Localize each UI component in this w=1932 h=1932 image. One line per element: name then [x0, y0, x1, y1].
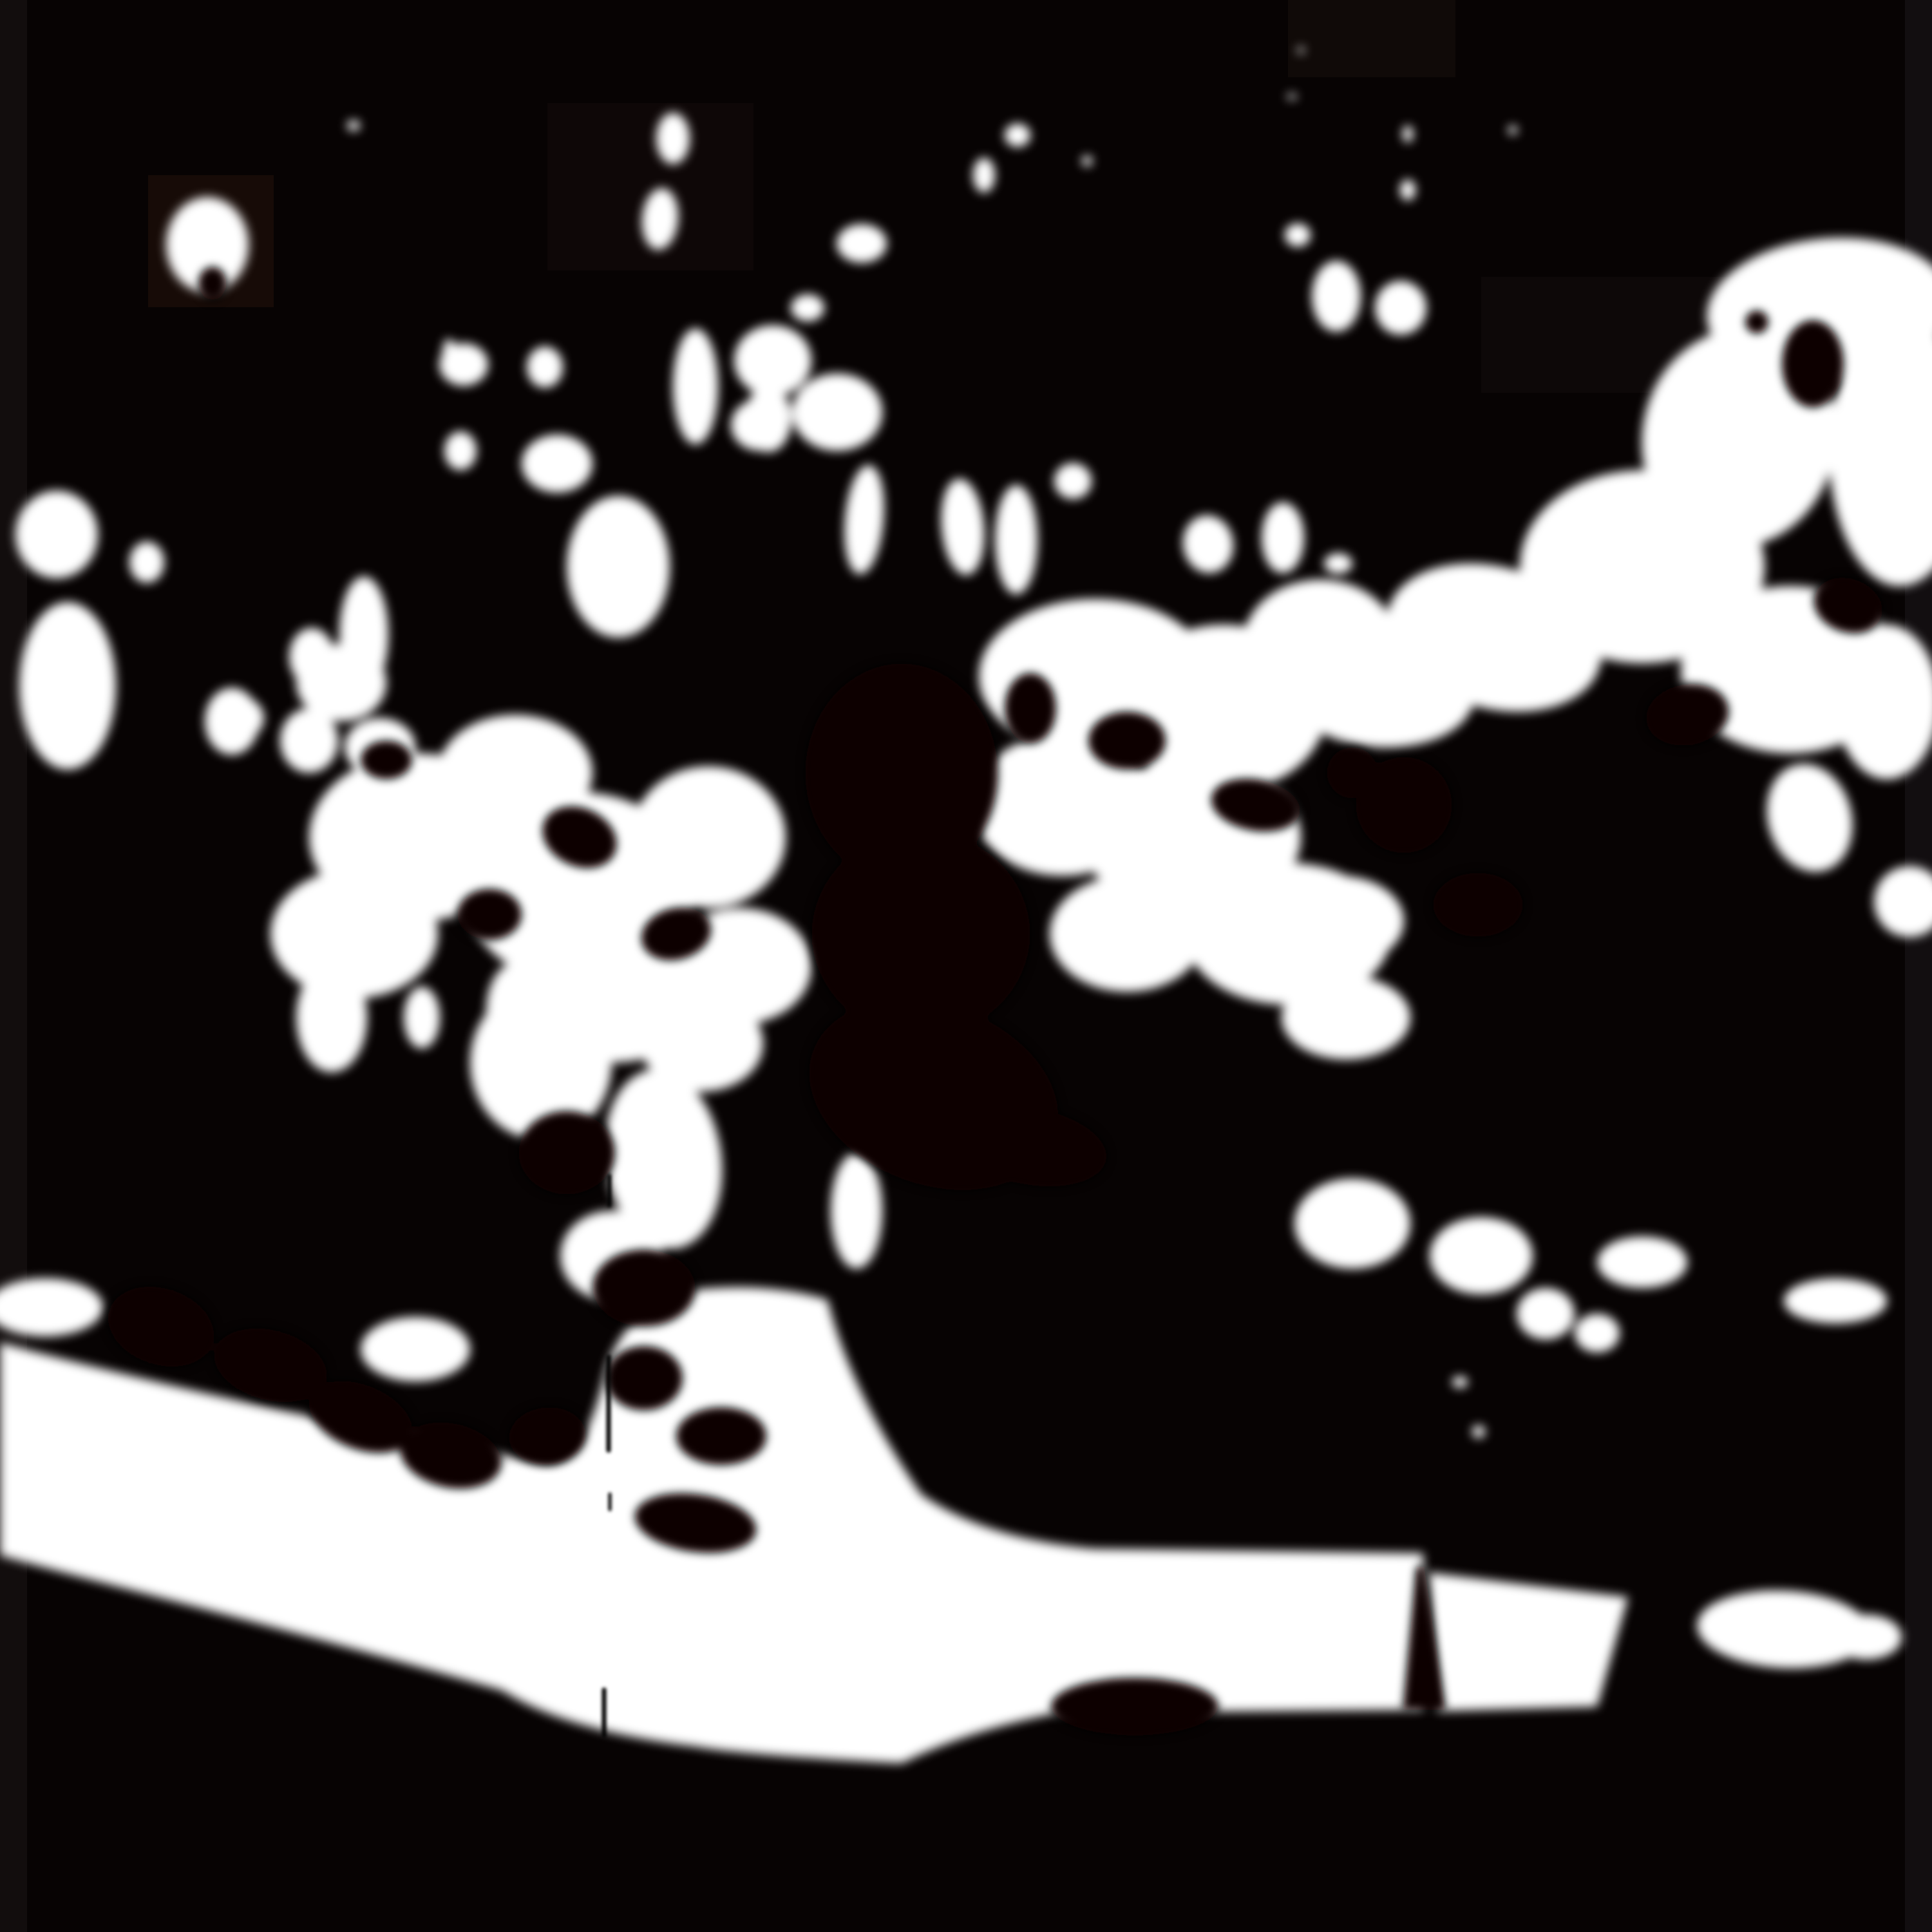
- white-blob: [995, 485, 1037, 594]
- white-blob: [656, 113, 690, 164]
- white-blob: [1831, 1615, 1902, 1660]
- white-blob: [347, 120, 360, 131]
- black-blob: [457, 889, 522, 940]
- white-blob: [289, 628, 334, 686]
- white-blob: [791, 294, 824, 321]
- white-blob: [1005, 124, 1030, 147]
- white-blob: [296, 963, 367, 1072]
- white-blob: [404, 987, 440, 1048]
- white-blob: [837, 224, 887, 263]
- white-blob: [527, 346, 563, 388]
- white-blob: [1517, 1288, 1575, 1340]
- white-blob: [840, 1468, 858, 1475]
- white-blob: [1298, 47, 1304, 53]
- white-blob: [1430, 1217, 1533, 1294]
- white-blob: [1400, 180, 1416, 200]
- white-blob: [1597, 1236, 1687, 1288]
- black-blob: [1005, 673, 1056, 744]
- white-blob: [1050, 876, 1204, 992]
- white-blob: [792, 374, 882, 451]
- black-blob: [1745, 310, 1768, 334]
- black-blob: [1088, 712, 1166, 770]
- black-blob: [1051, 1678, 1218, 1736]
- white-blob: [1282, 976, 1410, 1059]
- white-blob: [1082, 156, 1092, 166]
- black-blob: [605, 1346, 683, 1410]
- white-blob: [745, 385, 791, 452]
- white-blob: [1294, 1179, 1410, 1269]
- black-blob: [1782, 320, 1844, 408]
- white-blob: [19, 602, 116, 770]
- white-blob: [831, 1153, 882, 1269]
- white-blob: [444, 431, 477, 470]
- white-blob: [280, 708, 338, 773]
- black-blob: [1356, 757, 1452, 853]
- white-blob: [1784, 1278, 1887, 1323]
- white-blob: [734, 325, 811, 396]
- white-blob: [673, 328, 718, 444]
- white-blob: [442, 339, 455, 370]
- white-blob: [1287, 94, 1297, 99]
- white-blob: [1472, 1425, 1485, 1438]
- black-blob: [361, 741, 412, 779]
- white-blob: [1275, 876, 1404, 966]
- black-blob: [676, 1407, 766, 1465]
- white-blob: [129, 542, 164, 583]
- white-blob: [1285, 223, 1311, 247]
- black-blob: [198, 267, 227, 300]
- white-blob: [1312, 261, 1361, 332]
- white-blob: [339, 576, 388, 692]
- black-blob: [518, 1111, 615, 1195]
- white-blob: [1054, 463, 1092, 499]
- white-blob: [15, 491, 98, 578]
- white-blob: [631, 766, 786, 908]
- tint-patch: [1288, 0, 1455, 77]
- white-blob: [1375, 281, 1426, 335]
- white-blob: [1324, 553, 1352, 574]
- white-blob: [641, 995, 763, 1092]
- white-blob: [1508, 126, 1517, 135]
- tint-patch: [0, 0, 27, 1932]
- white-blob: [1403, 126, 1413, 142]
- scene-svg: [0, 0, 1932, 1932]
- black-blob: [592, 1249, 696, 1327]
- white-blob: [361, 1317, 470, 1381]
- white-blob: [567, 496, 670, 638]
- binarized-frame: [0, 0, 1932, 1932]
- white-blob: [522, 435, 592, 493]
- white-blob: [205, 688, 259, 755]
- white-blob: [1452, 1376, 1468, 1388]
- white-blob: [973, 158, 995, 193]
- black-blob: [1433, 873, 1523, 937]
- white-blob: [1575, 1314, 1620, 1352]
- white-blob: [1262, 502, 1304, 573]
